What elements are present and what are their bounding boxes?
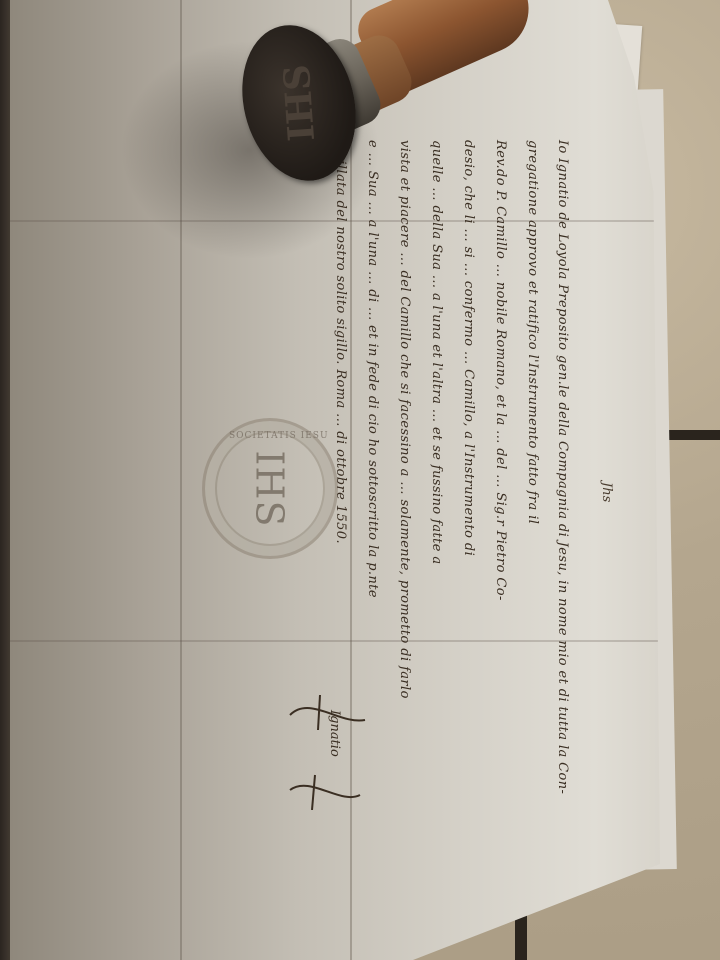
stamp-face: IHS — [227, 13, 372, 193]
signature-name: Ignatio — [327, 710, 342, 757]
document-heading: Jhs — [599, 482, 614, 502]
letter-line: gregatione approvo et ratifico l'Instrum… — [525, 140, 540, 524]
handwritten-letter: Io Ignatio de Loyola Preposito gen.le de… — [250, 140, 580, 950]
letter-line: e ... Sua ... a l'una ... di ... et in f… — [365, 140, 380, 598]
seal-stamp: IHS — [242, 0, 542, 190]
letter-line: desio, che li ... si ... confermo ... Ca… — [461, 140, 476, 556]
letter-line: Rev.do P. Camillo ... nobile Romano, et … — [493, 140, 508, 601]
letter-line: sigillata del nostro solito sigillo. Rom… — [333, 140, 348, 544]
letter-line: Io Ignatio de Loyola Preposito gen.le de… — [555, 140, 570, 794]
stamp-emblem: IHS — [275, 63, 322, 143]
letter-line: quelle ... della Sua ... a l'una et l'al… — [429, 140, 444, 565]
letter-line: vista et piacere ... del Camillo che si … — [397, 140, 412, 699]
signature-flourish-icon — [280, 690, 370, 810]
signature: Ignatio — [280, 690, 370, 810]
